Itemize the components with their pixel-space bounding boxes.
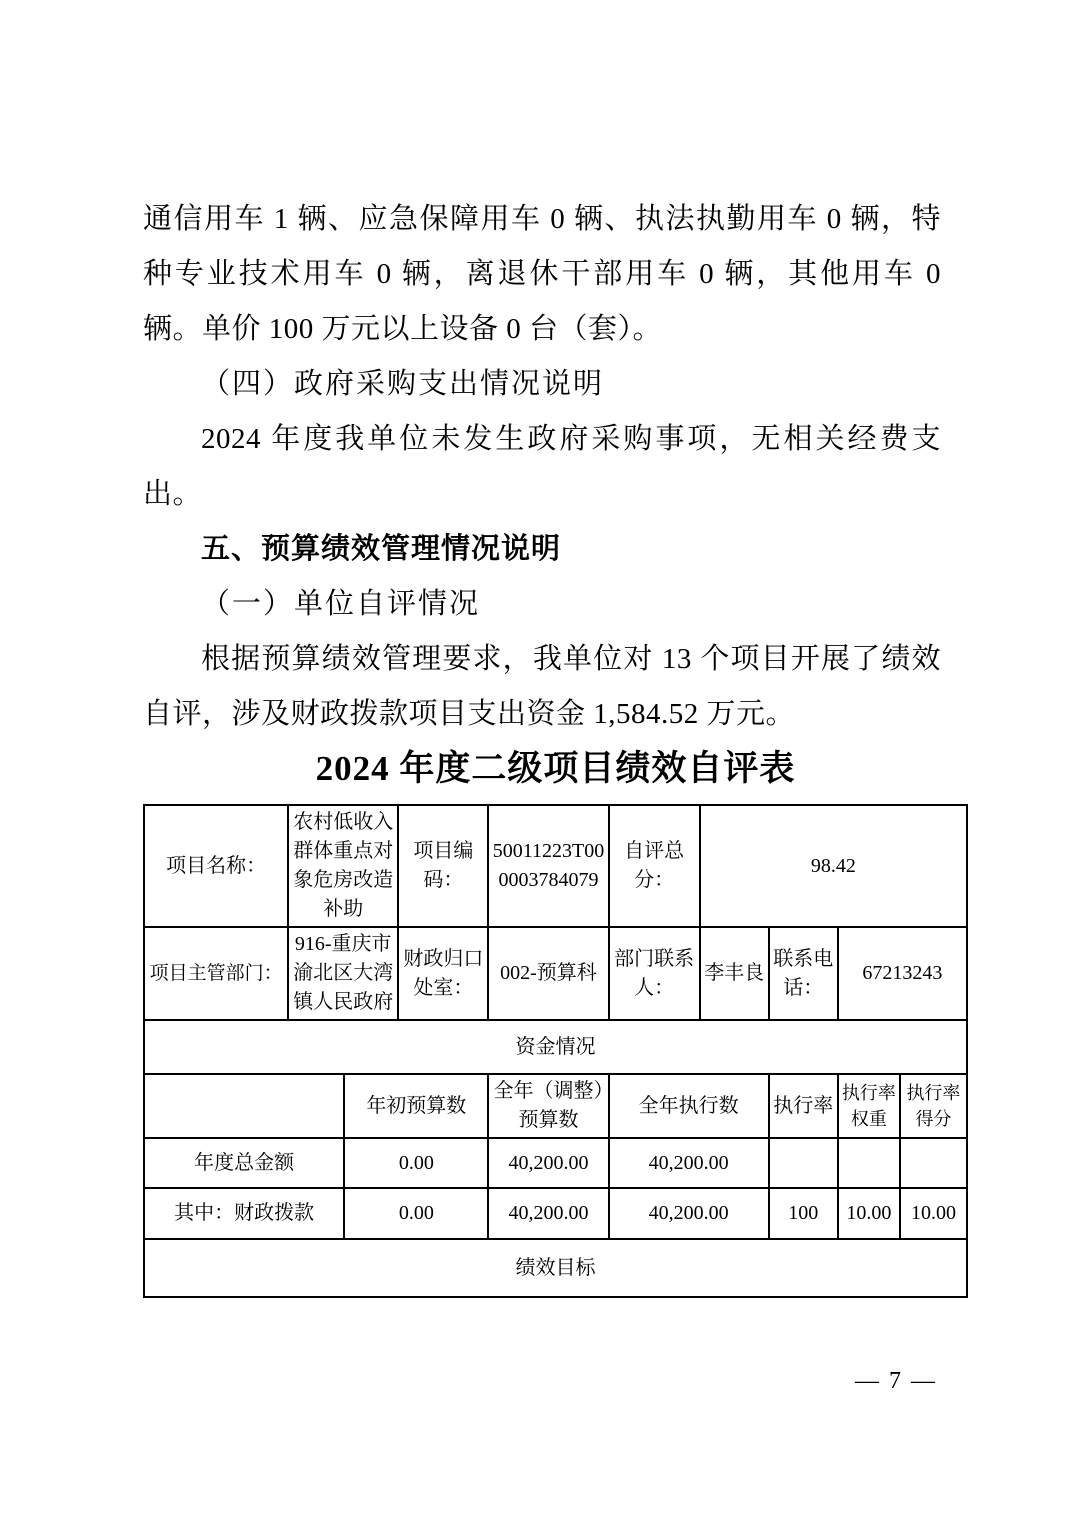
- fiscal-allocation-weight: 10.00: [838, 1188, 900, 1239]
- funding-section-title: 资金情况: [144, 1020, 967, 1074]
- project-code-label: 项目编码：: [398, 805, 488, 927]
- goal-section-title: 绩效目标: [144, 1239, 967, 1297]
- self-score-label: 自评总分：: [609, 805, 700, 927]
- finance-office-value: 002-预算科: [488, 927, 608, 1020]
- contact-person-label: 部门联系人：: [609, 927, 700, 1020]
- self-score-value: 98.42: [700, 805, 967, 927]
- annual-total-executed: 40,200.00: [609, 1138, 769, 1188]
- contact-person-value: 李丰良: [700, 927, 769, 1020]
- phone-label: 联系电话：: [769, 927, 838, 1020]
- funding-header-executed: 全年执行数: [609, 1074, 769, 1138]
- department-label: 项目主管部门：: [144, 927, 288, 1020]
- project-name-value: 农村低收入群体重点对象危房改造补助: [288, 805, 398, 927]
- fiscal-allocation-rate: 100: [769, 1188, 838, 1239]
- funding-header-rate: 执行率: [769, 1074, 838, 1138]
- funding-header-initial-budget: 年初预算数: [344, 1074, 488, 1138]
- fiscal-allocation-label: 其中：财政拨款: [144, 1188, 344, 1239]
- heading-section-5-1: （一）单位自评情况: [143, 577, 941, 632]
- body-text-block: 通信用车 1 辆、应急保障用车 0 辆、执法执勤用车 0 辆，特种专业技术用车 …: [143, 192, 941, 742]
- fiscal-allocation-executed: 40,200.00: [609, 1188, 769, 1239]
- table-row-fiscal-allocation: 其中：财政拨款 0.00 40,200.00 40,200.00 100 10.…: [144, 1188, 967, 1239]
- department-value: 916-重庆市渝北区大湾镇人民政府: [288, 927, 398, 1020]
- finance-office-label: 财政归口处室：: [398, 927, 488, 1020]
- table-section-funding: 资金情况: [144, 1020, 967, 1074]
- funding-header-rate-weight: 执行率权重: [838, 1074, 900, 1138]
- table-row-department: 项目主管部门： 916-重庆市渝北区大湾镇人民政府 财政归口处室： 002-预算…: [144, 927, 967, 1020]
- phone-value: 67213243: [838, 927, 967, 1020]
- table-row-annual-total: 年度总金额 0.00 40,200.00 40,200.00: [144, 1138, 967, 1188]
- table-row-funding-headers: 年初预算数 全年（调整）预算数 全年执行数 执行率 执行率权重 执行率得分: [144, 1074, 967, 1138]
- paragraph-procurement: 2024 年度我单位未发生政府采购事项，无相关经费支出。: [143, 412, 941, 522]
- page-number: — 7 —: [840, 1368, 952, 1395]
- table-title: 2024 年度二级项目绩效自评表: [143, 741, 968, 791]
- project-name-label: 项目名称：: [144, 805, 288, 927]
- performance-self-eval-table: 项目名称： 农村低收入群体重点对象危房改造补助 项目编码： 50011223T0…: [143, 804, 968, 1298]
- funding-header-adjusted-budget: 全年（调整）预算数: [488, 1074, 608, 1138]
- annual-total-rate: [769, 1138, 838, 1188]
- fiscal-allocation-initial: 0.00: [344, 1188, 488, 1239]
- annual-total-score: [900, 1138, 967, 1188]
- project-code-value: 50011223T000003784079: [488, 805, 608, 927]
- funding-header-rate-score: 执行率得分: [900, 1074, 967, 1138]
- paragraph-vehicle-counts: 通信用车 1 辆、应急保障用车 0 辆、执法执勤用车 0 辆，特种专业技术用车 …: [143, 192, 941, 357]
- document-page: 通信用车 1 辆、应急保障用车 0 辆、执法执勤用车 0 辆，特种专业技术用车 …: [0, 0, 1074, 1520]
- annual-total-adjusted: 40,200.00: [488, 1138, 608, 1188]
- heading-section-4: （四）政府采购支出情况说明: [143, 357, 941, 412]
- table-section-goal: 绩效目标: [144, 1239, 967, 1297]
- funding-header-blank: [144, 1074, 344, 1138]
- fiscal-allocation-score: 10.00: [900, 1188, 967, 1239]
- annual-total-initial: 0.00: [344, 1138, 488, 1188]
- paragraph-self-evaluation: 根据预算绩效管理要求，我单位对 13 个项目开展了绩效自评，涉及财政拨款项目支出…: [143, 632, 941, 742]
- table-row-project-name: 项目名称： 农村低收入群体重点对象危房改造补助 项目编码： 50011223T0…: [144, 805, 967, 927]
- annual-total-label: 年度总金额: [144, 1138, 344, 1188]
- heading-section-5: 五、预算绩效管理情况说明: [143, 522, 941, 577]
- fiscal-allocation-adjusted: 40,200.00: [488, 1188, 608, 1239]
- annual-total-weight: [838, 1138, 900, 1188]
